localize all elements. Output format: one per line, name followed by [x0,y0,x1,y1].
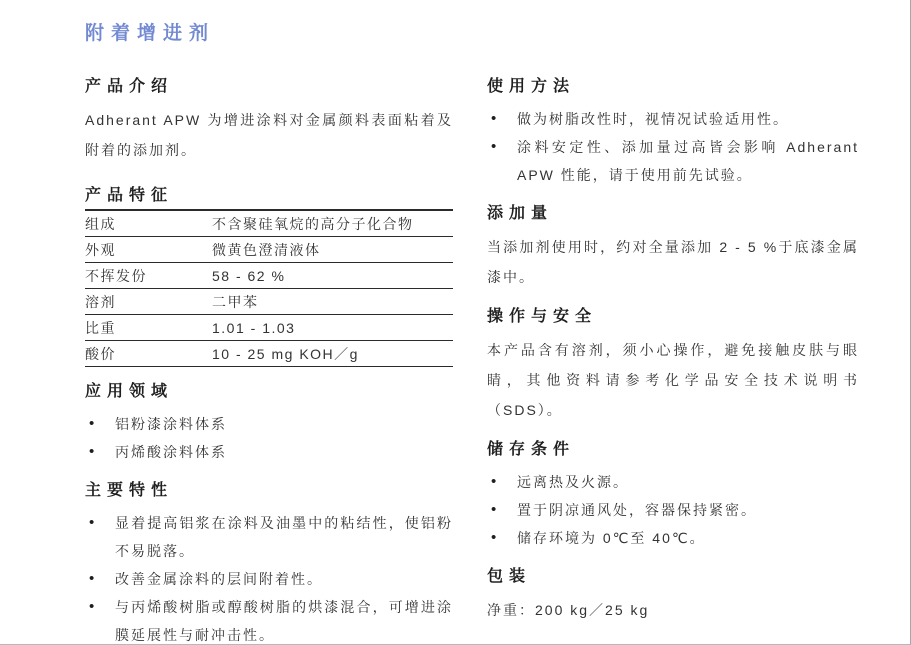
section-dosage: 添加量 当添加剂使用时，约对全量添加 2 - 5 %于底漆金属漆中。 [487,203,859,292]
right-column: 使用方法 做为树脂改性时，视情况试验适用性。 涂料安定性、添加量过高皆会影响 A… [487,76,859,625]
list-item: 置于阴凉通风处，容器保持紧密。 [487,496,859,524]
dosage-heading: 添加量 [487,203,859,225]
packaging-text: 净重：200 kg／25 kg [487,595,859,625]
left-column: 产品介绍 Adherant APW 为增进涂料对金属颜料表面粘着及附着的添加剂。… [85,76,453,645]
row-label: 不挥发份 [85,266,212,286]
row-value: 不含聚硅氧烷的高分子化合物 [212,214,453,234]
list-item: 与丙烯酸树脂或醇酸树脂的烘漆混合，可增进涂膜延展性与耐冲击性。 [85,593,453,645]
row-label: 比重 [85,318,212,338]
row-label: 组成 [85,214,212,234]
list-item: 做为树脂改性时，视情况试验适用性。 [487,105,859,133]
row-label: 酸价 [85,344,212,364]
table-row: 组成 不含聚硅氧烷的高分子化合物 [85,211,453,237]
product-intro-text: Adherant APW 为增进涂料对金属颜料表面粘着及附着的添加剂。 [85,105,453,165]
row-value: 10 - 25 mg KOH／g [212,344,453,364]
usage-heading: 使用方法 [487,76,859,98]
table-row: 酸价 10 - 25 mg KOH／g [85,341,453,367]
section-storage: 储存条件 远离热及火源。 置于阴凉通风处，容器保持紧密。 储存环境为 0℃至 4… [487,439,859,552]
list-item: 铝粉漆涂料体系 [85,410,453,438]
section-applications: 应用领域 铝粉漆涂料体系 丙烯酸涂料体系 [85,381,453,466]
bullet-list: 铝粉漆涂料体系 丙烯酸涂料体系 [85,410,453,466]
row-label: 溶剂 [85,292,212,312]
row-value: 1.01 - 1.03 [212,320,453,336]
safety-text: 本产品含有溶剂，须小心操作，避免接触皮肤与眼睛，其他资料请参考化学品安全技术说明… [487,335,859,425]
storage-heading: 储存条件 [487,439,859,461]
dosage-text: 当添加剂使用时，约对全量添加 2 - 5 %于底漆金属漆中。 [487,232,859,292]
row-value: 微黄色澄清液体 [212,240,453,260]
section-product-intro: 产品介绍 Adherant APW 为增进涂料对金属颜料表面粘着及附着的添加剂。 [85,76,453,165]
list-item: 丙烯酸涂料体系 [85,438,453,466]
section-packaging: 包装 净重：200 kg／25 kg [487,566,859,625]
section-product-features: 产品特征 组成 不含聚硅氧烷的高分子化合物 外观 微黄色澄清液体 不挥发份 58… [85,185,453,367]
applications-heading: 应用领域 [85,381,453,403]
table-row: 不挥发份 58 - 62 % [85,263,453,289]
table-row: 比重 1.01 - 1.03 [85,315,453,341]
product-features-heading: 产品特征 [85,185,453,207]
list-item: 显着提高铝浆在涂料及油墨中的粘结性，使铝粉不易脱落。 [85,509,453,565]
row-label: 外观 [85,240,212,260]
list-item: 改善金属涂料的层间附着性。 [85,565,453,593]
bullet-list: 远离热及火源。 置于阴凉通风处，容器保持紧密。 储存环境为 0℃至 40℃。 [487,468,859,552]
page-title: 附着增进剂 [85,18,215,45]
table-row: 外观 微黄色澄清液体 [85,237,453,263]
packaging-heading: 包装 [487,566,859,588]
safety-heading: 操作与安全 [487,306,859,328]
section-usage: 使用方法 做为树脂改性时，视情况试验适用性。 涂料安定性、添加量过高皆会影响 A… [487,76,859,189]
list-item: 涂料安定性、添加量过高皆会影响 Adherant APW 性能，请于使用前先试验… [487,133,859,189]
section-main-properties: 主要特性 显着提高铝浆在涂料及油墨中的粘结性，使铝粉不易脱落。 改善金属涂料的层… [85,480,453,645]
row-value: 二甲苯 [212,292,453,312]
row-value: 58 - 62 % [212,268,453,284]
section-safety: 操作与安全 本产品含有溶剂，须小心操作，避免接触皮肤与眼睛，其他资料请参考化学品… [487,306,859,425]
datasheet-page: 附着增进剂 产品介绍 Adherant APW 为增进涂料对金属颜料表面粘着及附… [0,0,911,645]
list-item: 储存环境为 0℃至 40℃。 [487,524,859,552]
list-item: 远离热及火源。 [487,468,859,496]
spec-table: 组成 不含聚硅氧烷的高分子化合物 外观 微黄色澄清液体 不挥发份 58 - 62… [85,209,453,367]
table-row: 溶剂 二甲苯 [85,289,453,315]
main-properties-heading: 主要特性 [85,480,453,502]
product-intro-heading: 产品介绍 [85,76,453,98]
bullet-list: 做为树脂改性时，视情况试验适用性。 涂料安定性、添加量过高皆会影响 Adhera… [487,105,859,189]
bullet-list: 显着提高铝浆在涂料及油墨中的粘结性，使铝粉不易脱落。 改善金属涂料的层间附着性。… [85,509,453,645]
